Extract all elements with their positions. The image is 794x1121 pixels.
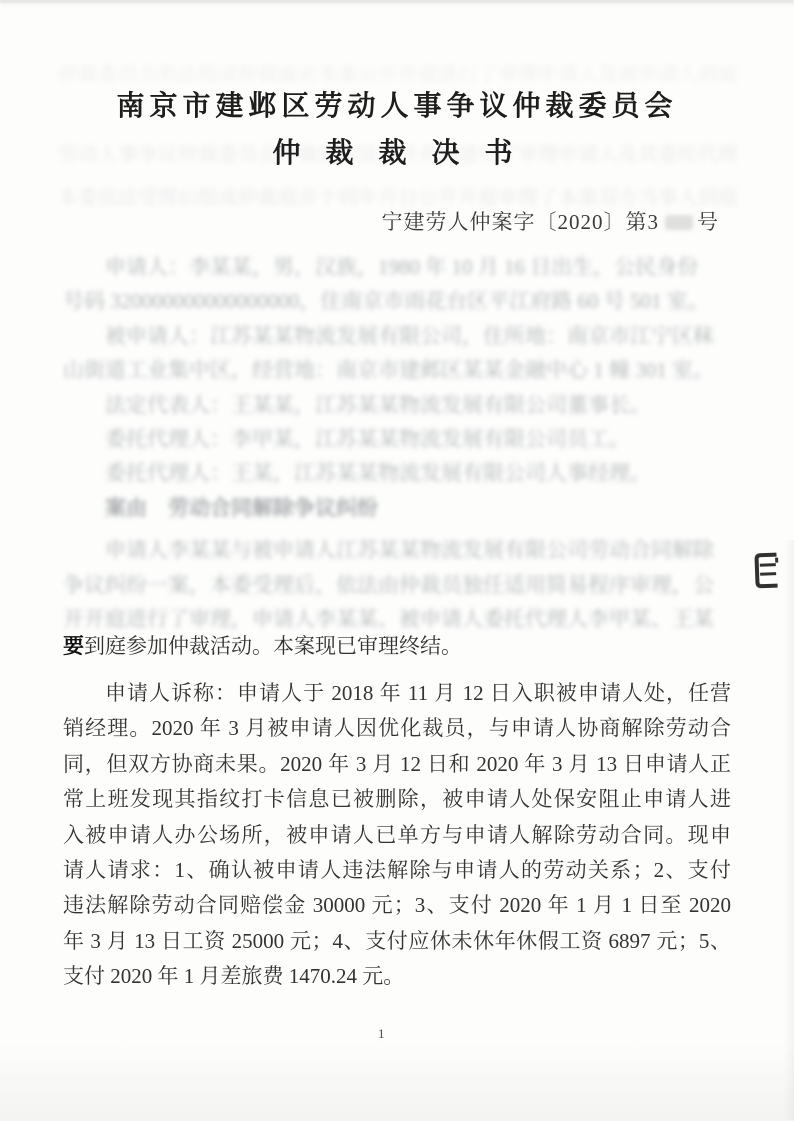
- case-number-redaction-blob: [665, 215, 693, 230]
- edge-stamp-icon: [752, 550, 779, 591]
- redacted-line: 委托代理人：王某，江苏某某物流发展有限公司人事经理。: [63, 456, 731, 490]
- paragraph-line: 入被申请人办公场所，被申请人已单方与申请人解除劳动合同。现申: [63, 818, 731, 853]
- case-number-suffix: 号: [697, 210, 719, 234]
- redacted-line: 争议纠纷一案，本委受理后，依法由仲裁员独任适用简易程序审理，公: [63, 568, 731, 602]
- scan-artifact-right-shading: [784, 540, 794, 1120]
- claims-paragraph: 申请人诉称：申请人于 2018 年 11 月 12 日入职被申请人处，任营 销经…: [63, 676, 731, 995]
- redacted-line: 号码 320000000000000000，住南京市雨花台区平江府路 60 号 …: [63, 284, 731, 318]
- document-org-title: 南京市建邺区劳动人事争议仲裁委员会: [0, 84, 794, 124]
- redacted-party-info-block: 申请人：李某某，男，汉族，1980 年 10 月 16 日出生，公民身份 号码 …: [63, 250, 731, 636]
- paragraph-line: 销经理。2020 年 3 月被申请人因优化裁员，与申请人协商解除劳动合: [63, 711, 731, 746]
- redacted-line: 山街道工业集中区，经营地：南京市建邺区某某金融中心 1 幢 301 室。: [63, 353, 731, 387]
- case-number-line: 宁建劳人仲案字〔2020〕第3号: [63, 206, 731, 236]
- redacted-line: 委托代理人：李甲某，江苏某某物流发展有限公司员工。: [63, 422, 731, 456]
- hearing-conclusion-lead-char: 要: [63, 634, 84, 658]
- case-number-prefix: 宁建劳人仲案字〔2020〕第3: [382, 210, 660, 234]
- paragraph-line: 常上班发现其指纹打卡信息已被删除，被申请人处保安阻止申请人进: [63, 782, 731, 817]
- redacted-line: 法定代表人：王某某，江苏某某物流发展有限公司董事长。: [63, 388, 731, 422]
- paragraph-line: 同，但双方协商未果。2020 年 3 月 12 日和 2020 年 3 月 13…: [63, 747, 731, 782]
- document-page: 仲裁委员会依法组成仲裁庭对本案公开开庭进行了审理申请人及被申请人到庭 劳动人事争…: [0, 0, 794, 1121]
- paragraph-line: 违法解除劳动合同赔偿金 30000 元；3、支付 2020 年 1 月 1 日至…: [63, 888, 731, 923]
- paragraph-line: 申请人诉称：申请人于 2018 年 11 月 12 日入职被申请人处，任营: [63, 676, 731, 711]
- redacted-line: 申请人李某某与被申请人江苏某某物流发展有限公司劳动合同解除: [63, 533, 731, 567]
- scan-artifact-bottom-shading: [0, 1043, 794, 1121]
- paragraph-line: 支付 2020 年 1 月差旅费 1470.24 元。: [63, 959, 731, 994]
- redacted-line: 开开庭进行了审理，申请人李某某、被申请人委托代理人李甲某、王某: [63, 602, 731, 636]
- redacted-line: 申请人：李某某，男，汉族，1980 年 10 月 16 日出生，公民身份: [63, 250, 731, 284]
- redacted-case-cause-line: 案由 劳动合同解除争议纠纷: [63, 491, 731, 525]
- paragraph-line: 请人请求：1、确认被申请人违法解除与申请人的劳动关系；2、支付: [63, 853, 731, 888]
- paragraph-line: 年 3 月 13 日工资 25000 元；4、支付应休未休年休假工资 6897 …: [63, 924, 731, 959]
- hearing-conclusion-line: 要到庭参加仲裁活动。本案现已审理终结。: [63, 633, 731, 659]
- scan-artifact-top-edge: [0, 0, 794, 7]
- hearing-conclusion-text: 到庭参加仲裁活动。本案现已审理终结。: [84, 634, 462, 658]
- redacted-line: 被申请人：江苏某某物流发展有限公司，住所地：南京市江宁区秣: [63, 319, 731, 353]
- page-number: 1: [378, 1026, 386, 1042]
- bleedthrough-ghost-line: 仲裁委员会依法组成仲裁庭对本案公开开庭进行了审理申请人及被申请人到庭: [58, 58, 738, 87]
- document-type-title: 仲 裁 裁 决 书: [0, 131, 794, 171]
